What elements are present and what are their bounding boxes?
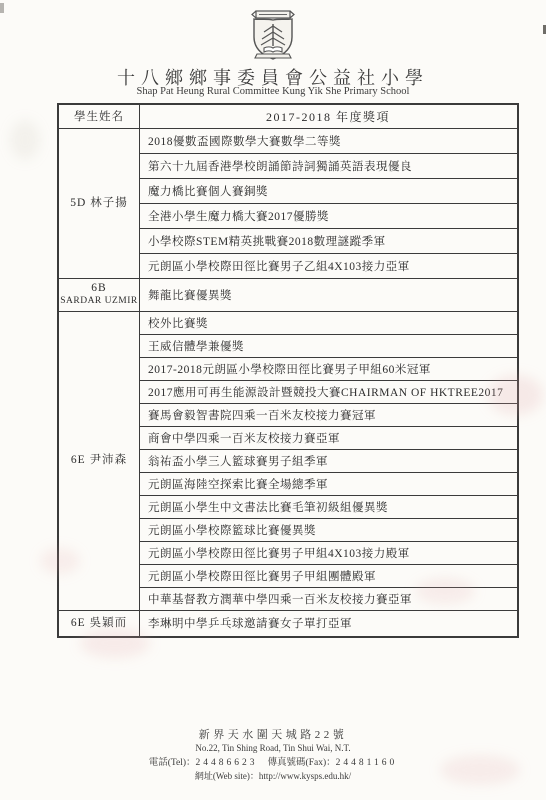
student-name-cell: 5D 林子揚 <box>58 128 140 278</box>
award-cell: 元朗區小學校際籃球比賽優異獎 <box>140 518 519 541</box>
award-cell: 元朗區海陸空探索比賽全場總季軍 <box>140 472 519 495</box>
award-row: 6E 尹沛森校外比賽獎 <box>58 311 518 334</box>
web-url: http://www.kysps.edu.hk/ <box>259 771 351 781</box>
award-cell: 元朗區小學生中文書法比賽毛筆初級組優異獎 <box>140 495 519 518</box>
award-cell: 2017-2018元朗區小學校際田徑比賽男子甲組60米冠軍 <box>140 357 519 380</box>
address-english: No.22, Tin Shing Road, Tin Shui Wai, N.T… <box>0 743 546 753</box>
award-cell: 舞龍比賽優異獎 <box>140 278 519 311</box>
award-cell: 全港小學生魔力橋大賽2017優勝獎 <box>140 203 519 228</box>
award-cell: 2018優數盃國際數學大賽數學二等獎 <box>140 128 519 153</box>
student-name-line: 6B <box>60 281 138 295</box>
website-line: 網址(Web site)：http://www.kysps.edu.hk/ <box>0 769 546 782</box>
student-name-line: 6E 吳穎而 <box>60 616 138 630</box>
student-name-column-header: 學生姓名 <box>58 104 140 128</box>
awards-table: 學生姓名 2017-2018 年度獎項 5D 林子揚2018優數盃國際數學大賽數… <box>57 103 519 638</box>
awards-table-body: 學生姓名 2017-2018 年度獎項 5D 林子揚2018優數盃國際數學大賽數… <box>58 104 518 637</box>
scan-edge-mark <box>0 3 4 13</box>
student-name-line: 5D 林子揚 <box>60 196 138 210</box>
award-cell: 校外比賽獎 <box>140 311 519 334</box>
award-row: 5D 林子揚2018優數盃國際數學大賽數學二等獎 <box>58 128 518 153</box>
fax-number: 24481160 <box>336 758 398 768</box>
award-cell: 元朗區小學校際田徑比賽男子甲組團體殿軍 <box>140 564 519 587</box>
award-cell: 2017應用可再生能源設計暨競投大賽CHAIRMAN OF HKTREE2017 <box>140 380 519 403</box>
student-name-line: 6E 尹沛森 <box>60 453 138 467</box>
scan-smudge <box>10 120 40 160</box>
award-cell: 李琳明中學乒乓球邀請賽女子單打亞軍 <box>140 610 519 637</box>
tel-number: 24486623 <box>196 758 258 768</box>
award-cell: 商會中學四乘一百米友校接力賽亞軍 <box>140 426 519 449</box>
award-cell: 翁祐盃小學三人籃球賽男子組季軍 <box>140 449 519 472</box>
student-name-cell: 6E 吳穎而 <box>58 610 140 637</box>
award-row: 6E 吳穎而李琳明中學乒乓球邀請賽女子單打亞軍 <box>58 610 518 637</box>
award-cell: 魔力橋比賽個人賽銅獎 <box>140 178 519 203</box>
award-cell: 第六十九屆香港學校朗誦節詩詞獨誦英語表現優良 <box>140 153 519 178</box>
award-cell: 元朗區小學校際田徑比賽男子甲組4X103接力殿軍 <box>140 541 519 564</box>
award-cell: 賽馬會毅智書院四乘一百米友校接力賽冠軍 <box>140 403 519 426</box>
award-row: 6BSARDAR UZMIR舞龍比賽優異獎 <box>58 278 518 311</box>
web-label: 網址(Web site)： <box>195 771 259 781</box>
phone-fax-line: 電話(Tel)：24486623傳真號碼(Fax)：24481160 <box>0 754 546 768</box>
address-chinese: 新界天水圍天城路22號 <box>0 726 546 742</box>
fax-label: 傳真號碼(Fax)： <box>268 758 336 768</box>
school-name-english: Shap Pat Heung Rural Committee Kung Yik … <box>0 86 546 97</box>
scanned-document-page: 十八鄉鄉事委員會公益社小學 Shap Pat Heung Rural Commi… <box>0 0 546 800</box>
award-cell: 王威信體學兼優獎 <box>140 334 519 357</box>
student-name-cell: 6BSARDAR UZMIR <box>58 278 140 311</box>
student-name-cell: 6E 尹沛森 <box>58 311 140 610</box>
student-name-line: SARDAR UZMIR <box>60 296 138 308</box>
award-cell: 中華基督教方潤華中學四乘一百米友校接力賽亞軍 <box>140 587 519 610</box>
school-contact-footer: 新界天水圍天城路22號 No.22, Tin Shing Road, Tin S… <box>0 726 546 782</box>
awards-column-header: 2017-2018 年度獎項 <box>140 104 519 128</box>
school-crest-icon <box>244 10 302 67</box>
award-cell: 小學校際STEM精英挑戰賽2018數理謎蹤季軍 <box>140 228 519 253</box>
award-cell: 元朗區小學校際田徑比賽男子乙組4X103接力亞軍 <box>140 253 519 278</box>
tel-label: 電話(Tel)： <box>149 758 196 768</box>
table-header-row: 學生姓名 2017-2018 年度獎項 <box>58 104 518 128</box>
